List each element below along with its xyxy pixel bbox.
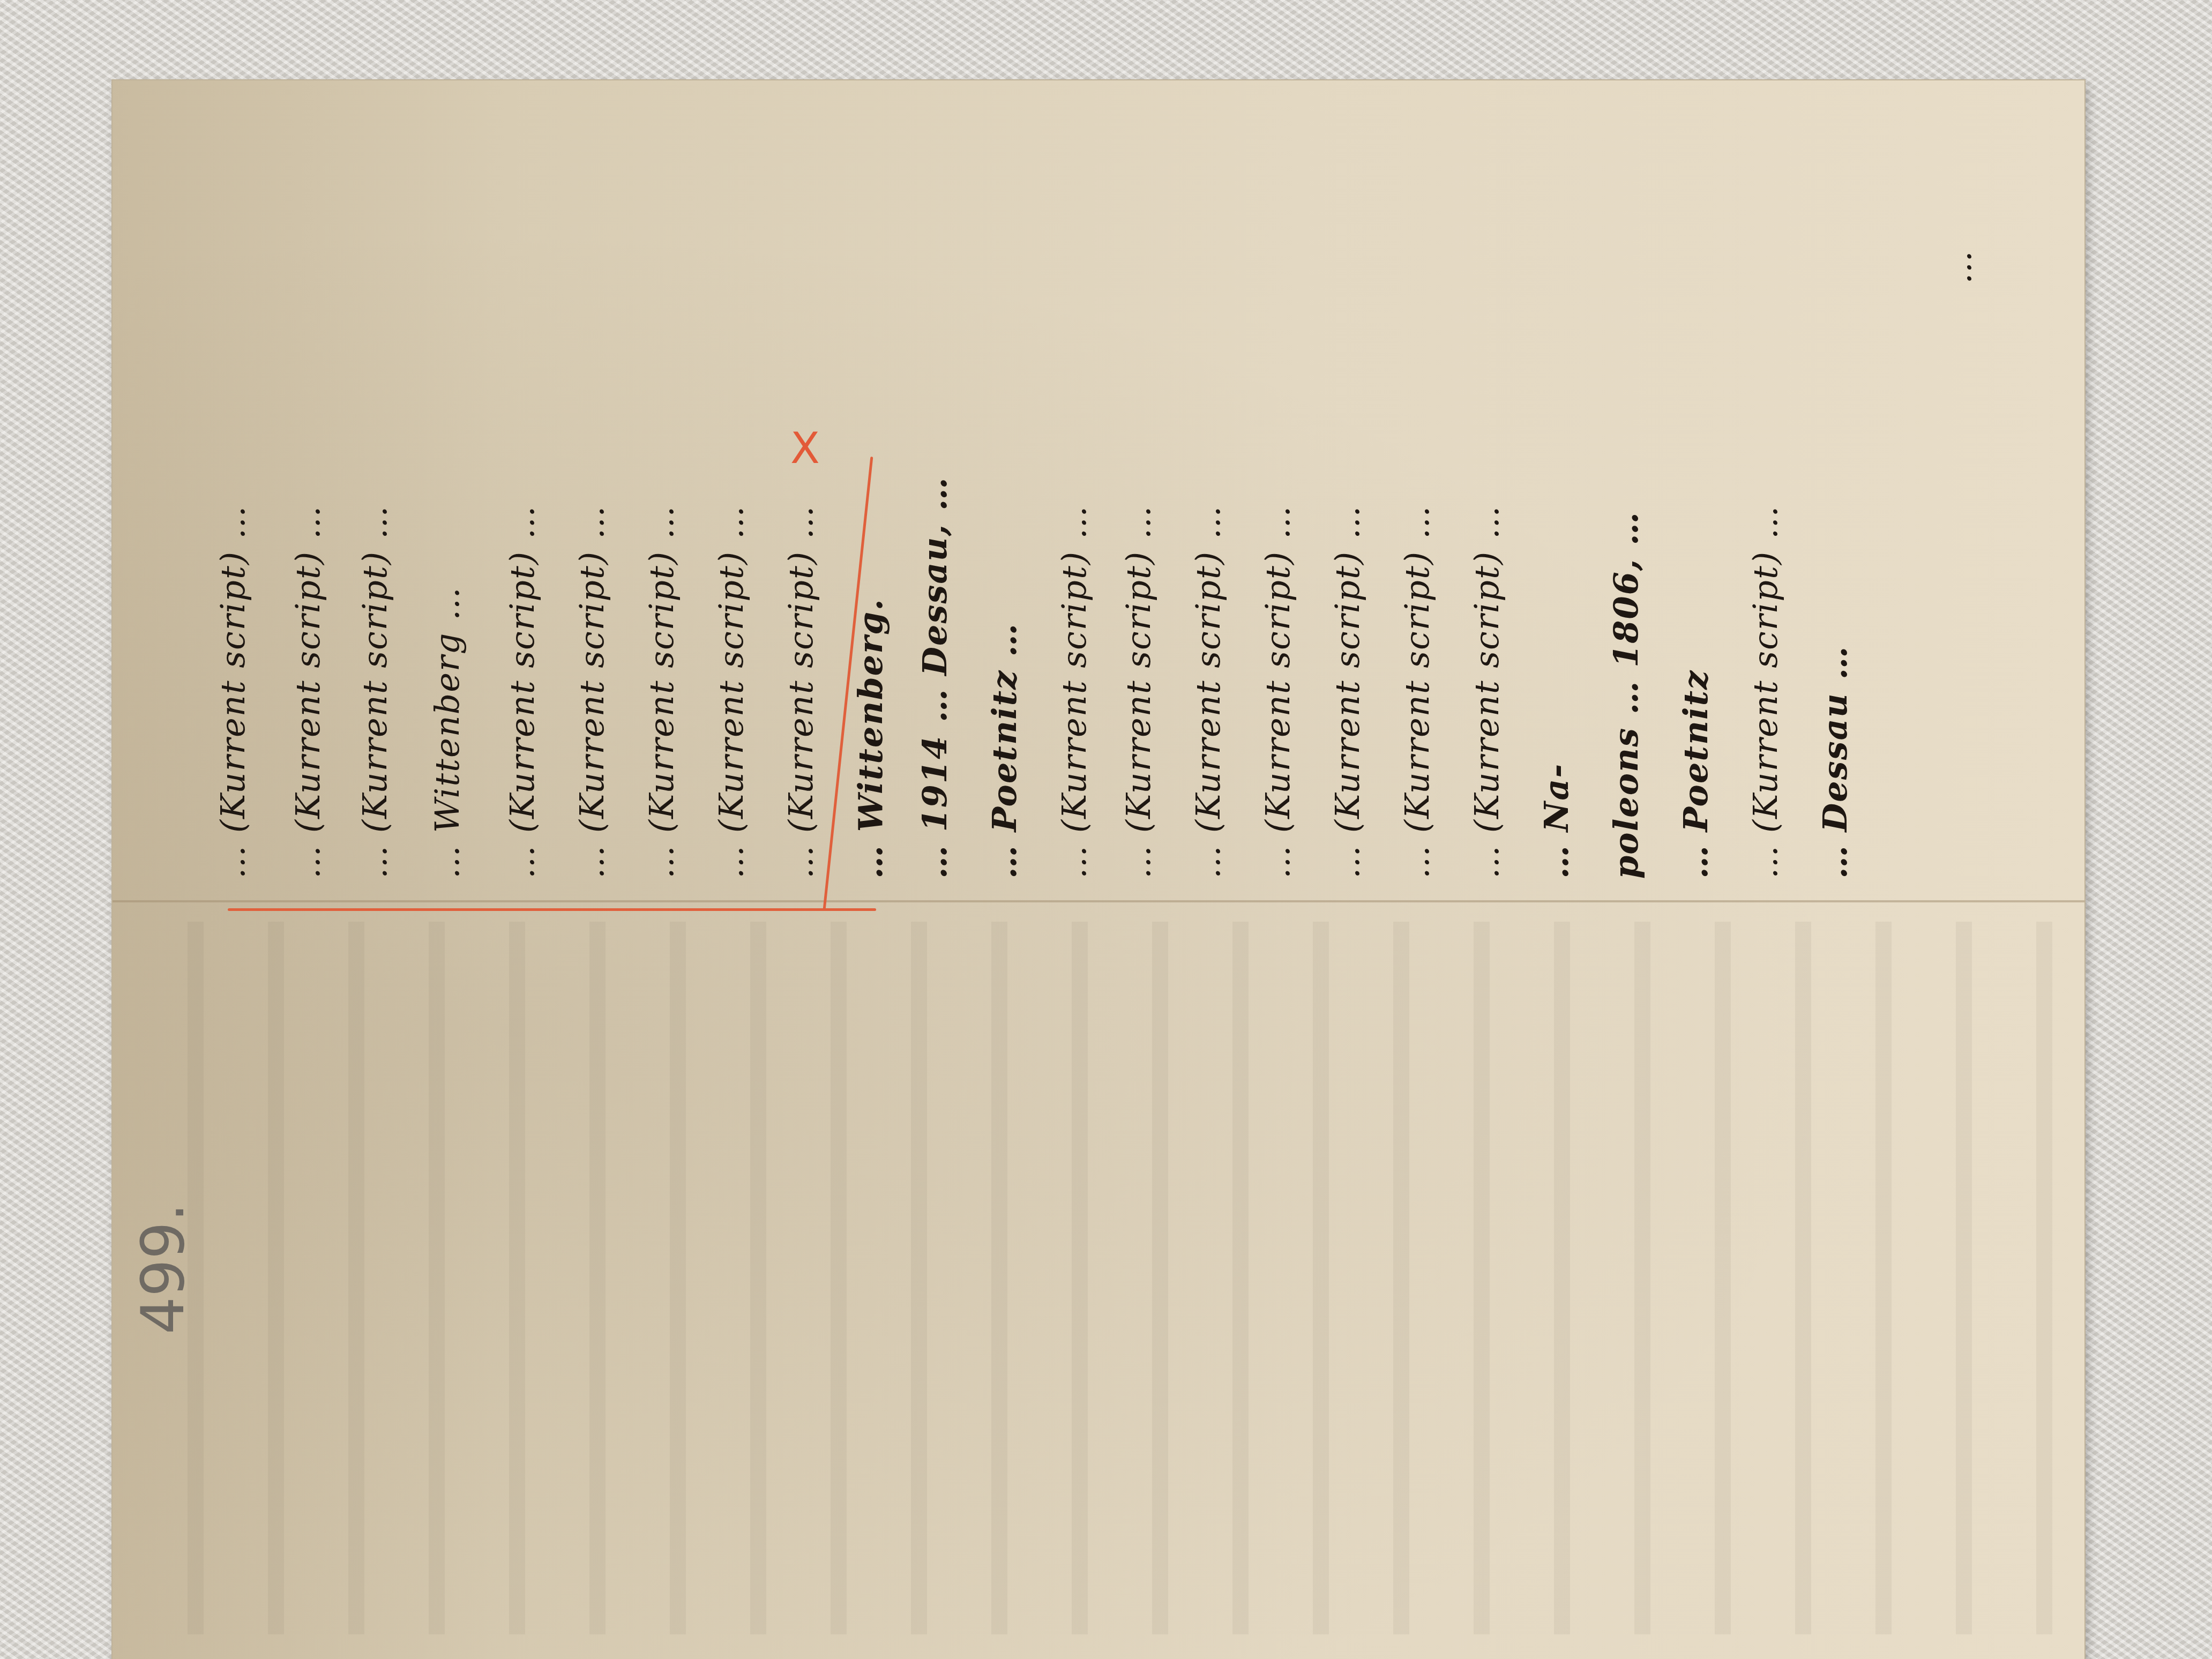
signature-fragment: … <box>1940 70 1988 284</box>
text-line: … (Kurrent script) … <box>289 102 327 879</box>
text-line: poleons … 1806, … <box>1608 102 1645 879</box>
text-line: … (Kurrent script) … <box>643 102 681 879</box>
text-line: … (Kurrent script) … <box>504 102 541 879</box>
paper-fold <box>113 900 2084 902</box>
text-line: … (Kurrent script) … <box>782 102 820 879</box>
text-line: … 1914 … Dessau, … <box>916 102 954 879</box>
red-pencil-x-mark: X <box>790 423 820 473</box>
text-line: … Dessau … <box>1817 102 1854 879</box>
red-pencil-line-horizontal <box>228 908 876 911</box>
text-line: … (Kurrent script) … <box>573 102 611 879</box>
text-line: … Na- <box>1538 102 1575 879</box>
text-line: … Wittenberg … <box>429 102 466 879</box>
text-line: … Poetnitz … <box>986 102 1023 879</box>
page-number: 499. <box>129 1206 214 1334</box>
text-line: … (Kurrent script) … <box>1120 102 1157 879</box>
text-line: … Wittenberg. <box>852 102 890 879</box>
text-line: … (Kurrent script) … <box>1468 102 1506 879</box>
text-line: … (Kurrent script) … <box>1056 102 1093 879</box>
bleed-through-text <box>123 922 2052 1634</box>
text-line: … (Kurrent script) … <box>1747 102 1784 879</box>
text-line: … (Kurrent script) … <box>1329 102 1366 879</box>
text-line: … (Kurrent script) … <box>713 102 750 879</box>
text-line: … (Kurrent script) … <box>1259 102 1297 879</box>
text-line: … (Kurrent script) … <box>356 102 394 879</box>
text-line: … (Kurrent script) … <box>1399 102 1436 879</box>
text-line: … (Kurrent script) … <box>214 102 252 879</box>
text-line: … (Kurrent script) … <box>1190 102 1227 879</box>
handwritten-text-block: … (Kurrent script) … … (Kurrent script) … <box>113 80 2084 900</box>
text-line: … Poetnitz <box>1677 102 1715 879</box>
